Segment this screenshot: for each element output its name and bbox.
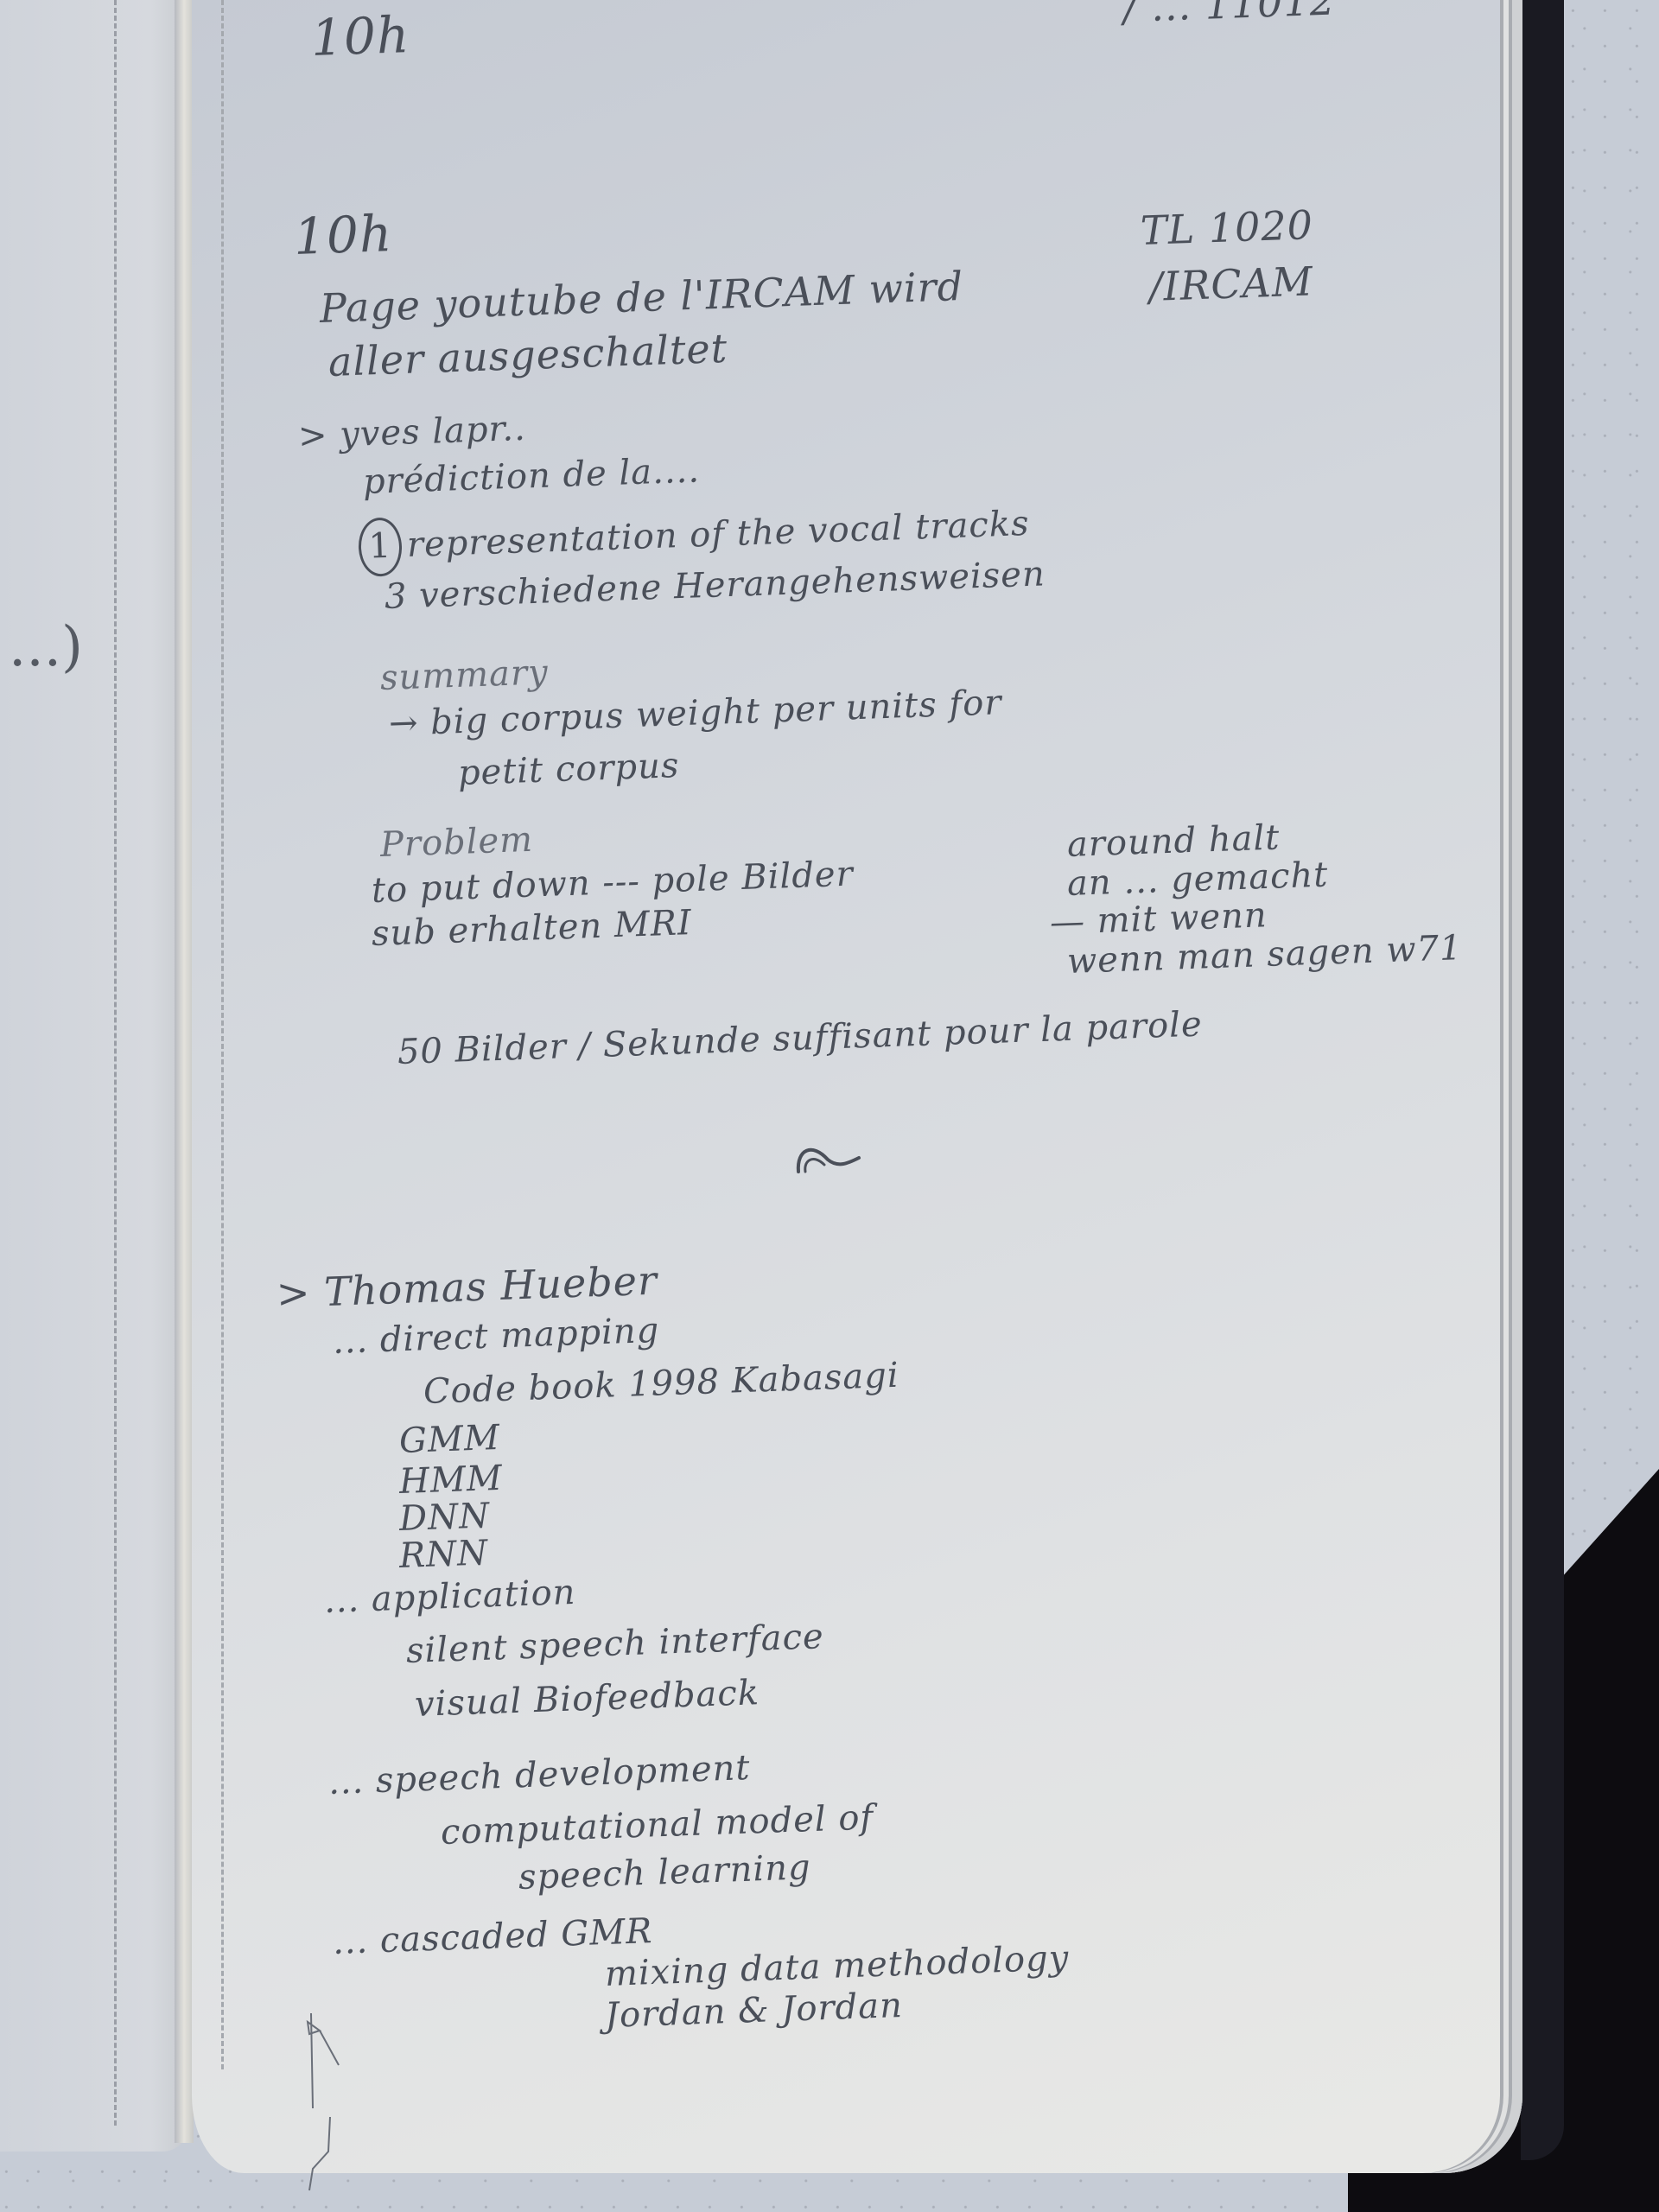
entry-1-ref-2: /IRCAM xyxy=(1148,257,1314,310)
list-item: GMM xyxy=(398,1418,500,1461)
separator-squiggle-icon xyxy=(793,1141,862,1175)
entry-1-ref: TL 1020 xyxy=(1140,201,1314,254)
right-page-stitching xyxy=(221,0,224,2069)
point-line-1: representation of the vocal tracks xyxy=(406,504,1030,565)
summary-line-2: petit corpus xyxy=(457,746,680,793)
notebook-cover-edge xyxy=(1521,0,1564,2160)
list-item: DNN xyxy=(398,1496,491,1539)
top-fragment-left: 10h xyxy=(310,5,410,67)
problem-label: Problem xyxy=(379,820,534,865)
entry-1-time: 10h xyxy=(293,204,393,266)
left-page-margin-mark: ...) xyxy=(9,615,83,679)
notebook-gutter xyxy=(175,0,194,2143)
circled-number: 1 xyxy=(358,517,403,577)
left-page-stitching xyxy=(114,0,117,2126)
summary-label: summary xyxy=(379,652,549,698)
left-page: ...) xyxy=(0,0,188,2152)
entry-2-speaker: > yves lapr.. xyxy=(297,409,526,456)
margin-doodle-icon xyxy=(304,2005,356,2195)
list-item: RNN xyxy=(398,1533,489,1576)
